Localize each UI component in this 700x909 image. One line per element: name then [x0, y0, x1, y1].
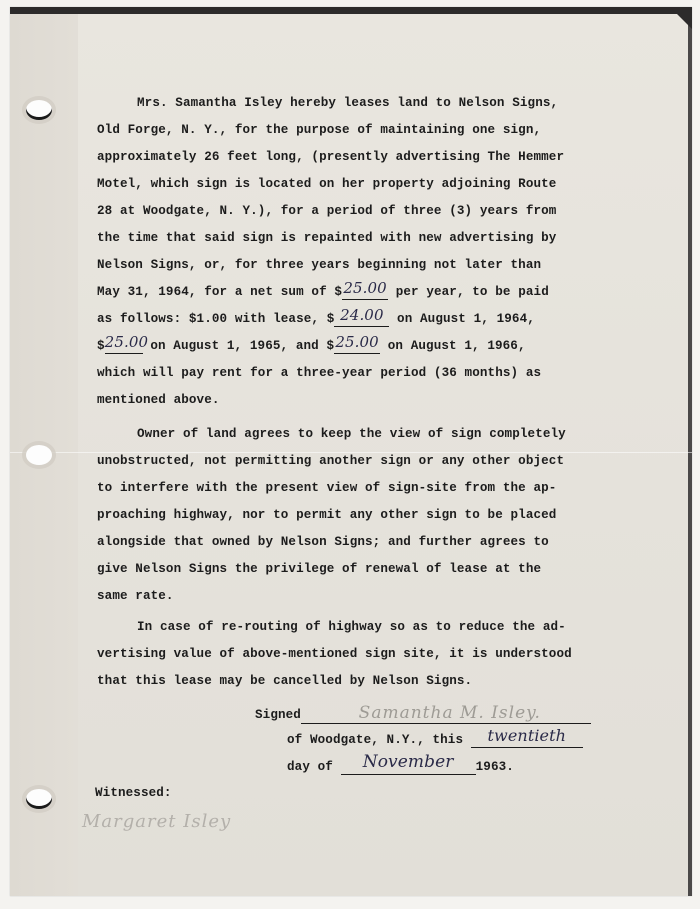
owner-signature: Samantha M. Isley.	[359, 703, 541, 723]
day-of-label: day of	[287, 760, 333, 774]
text: on August 1, 1964,	[389, 312, 535, 326]
text: on August 1, 1965, and $	[143, 339, 334, 353]
month-handwritten: November	[341, 752, 476, 772]
p2-line-5: alongside that owned by Nelson Signs; an…	[97, 535, 549, 549]
date-line-1: of Woodgate, N.Y., this twentieth	[287, 733, 583, 748]
year-text: 1963.	[476, 760, 514, 774]
p1-line-3: approximately 26 feet long, (presently a…	[97, 150, 564, 164]
witness-label: Witnessed:	[95, 786, 172, 800]
payment-1966-handwritten: 25.00	[334, 333, 380, 351]
net-sum-blank: 25.00	[342, 285, 388, 300]
p1-line-11: which will pay rent for a three-year per…	[97, 366, 541, 380]
date-line-2: day of November1963.	[287, 760, 514, 775]
payment-1965-handwritten: 25.00	[105, 333, 143, 351]
p2-line-2: unobstructed, not permitting another sig…	[97, 454, 564, 468]
day-handwritten: twentieth	[471, 726, 583, 745]
p1-line-4: Motel, which sign is located on her prop…	[97, 177, 556, 191]
p1-line-2: Old Forge, N. Y., for the purpose of mai…	[97, 123, 541, 137]
text: $	[97, 339, 105, 353]
p1-line-8: May 31, 1964, for a net sum of $ 25.00 p…	[97, 285, 549, 300]
p2-line-3: to interfere with the present view of si…	[97, 481, 556, 495]
text: on August 1, 1966,	[380, 339, 526, 353]
p1-line-5: 28 at Woodgate, N. Y.), for a period of …	[97, 204, 556, 218]
payment-1964-handwritten: 24.00	[334, 306, 389, 324]
text: May 31, 1964, for a net sum of $	[97, 285, 342, 299]
p1-line-7: Nelson Signs, or, for three years beginn…	[97, 258, 541, 272]
p3-line-1: In case of re-routing of highway so as t…	[137, 620, 566, 634]
day-blank: twentieth	[471, 733, 583, 748]
p1-line-6: the time that said sign is repainted wit…	[97, 231, 556, 245]
p3-line-3: that this lease may be cancelled by Nels…	[97, 674, 472, 688]
of-place-text: of Woodgate, N.Y., this	[287, 733, 463, 747]
lease-text: Mrs. Samantha Isley hereby leases land t…	[10, 7, 692, 896]
month-blank: November	[341, 760, 476, 775]
p2-line-1: Owner of land agrees to keep the view of…	[137, 427, 566, 441]
p1-line-9: as follows: $1.00 with lease, $ 24.00 on…	[97, 312, 535, 327]
payment-1966-blank: 25.00	[334, 339, 380, 354]
p3-line-2: vertising value of above-mentioned sign …	[97, 647, 572, 661]
payment-1965-blank: 25.00	[105, 339, 143, 354]
p1-line-12: mentioned above.	[97, 393, 220, 407]
p2-line-7: same rate.	[97, 589, 174, 603]
payment-1964-blank: 24.00	[334, 312, 389, 327]
signature-blank: Samantha M. Isley.	[301, 703, 591, 724]
text: per year, to be paid	[388, 285, 549, 299]
net-sum-handwritten: 25.00	[342, 279, 388, 297]
p2-line-4: proaching highway, nor to permit any oth…	[97, 508, 556, 522]
signed-line: Signed Samantha M. Isley.	[255, 703, 591, 724]
text: as follows: $1.00 with lease, $	[97, 312, 334, 326]
p1-line-1: Mrs. Samantha Isley hereby leases land t…	[137, 96, 558, 110]
signed-label: Signed	[255, 708, 301, 722]
p1-line-10: $ 25.00 on August 1, 1965, and $ 25.00 o…	[97, 339, 526, 354]
witness-signature: Margaret Isley	[82, 811, 231, 832]
document-page: Mrs. Samantha Isley hereby leases land t…	[10, 7, 692, 896]
p2-line-6: give Nelson Signs the privilege of renew…	[97, 562, 541, 576]
